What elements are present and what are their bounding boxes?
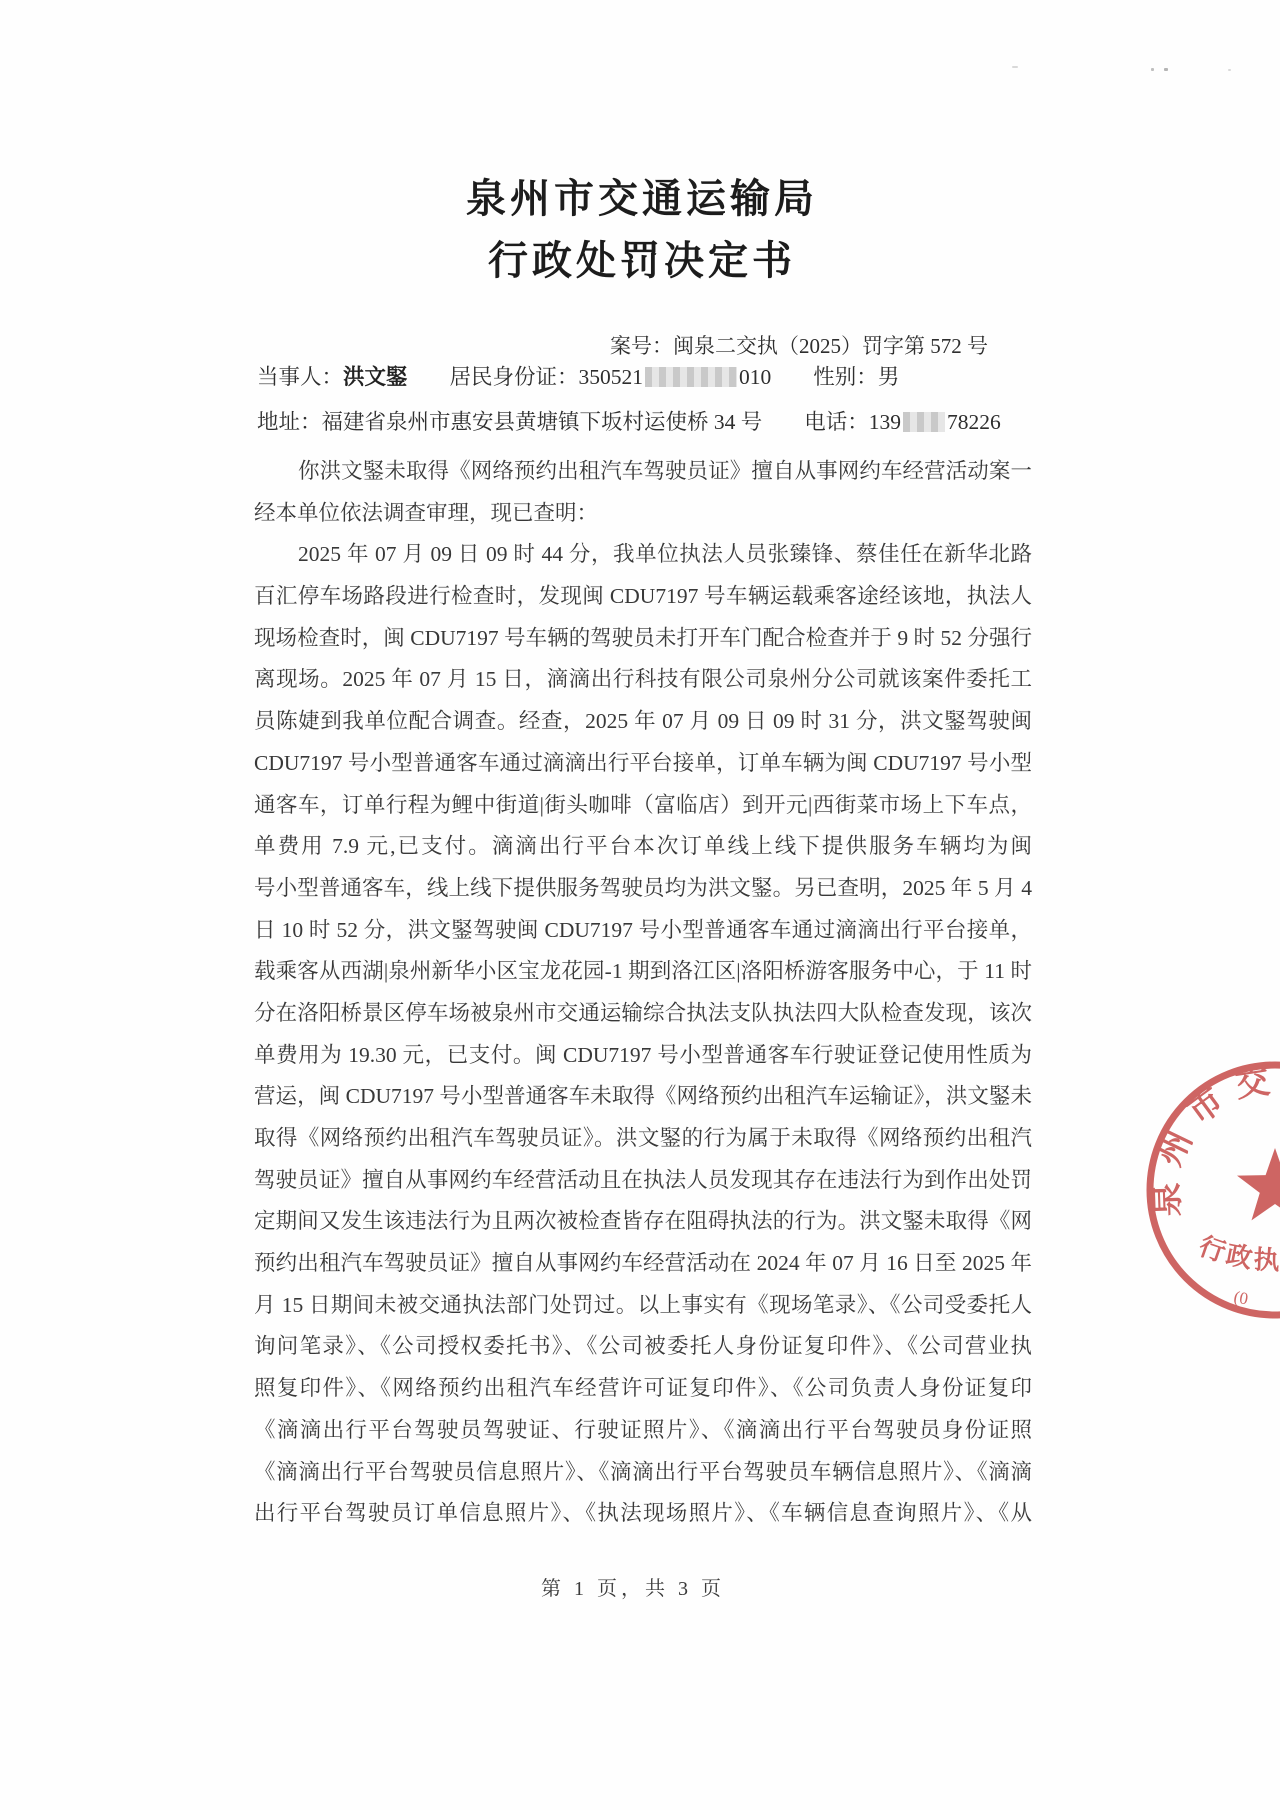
- body-line: 询问笔录》、《公司授权委托书》、《公司被委托人身份证复印件》、《公司营业执: [254, 1326, 1032, 1368]
- party-label: 当事人：: [257, 365, 343, 389]
- body-line: 营运，闽 CDU7197 号小型普通客车未取得《网络预约出租汽车运输证》，洪文鋻…: [254, 1076, 1032, 1118]
- seal-serial-text: (0: [1232, 1287, 1249, 1308]
- body-line: 预约出租汽车驾驶员证》擅自从事网约车经营活动在 2024 年 07 月 16 日…: [254, 1243, 1032, 1285]
- body-line: 百汇停车场路段进行检查时，发现闽 CDU7197 号车辆运载乘客途经该地，执法人…: [254, 576, 1032, 618]
- title-document-type: 行政处罚决定书: [253, 230, 1031, 292]
- body-line: 单费用为 19.30 元，已支付。闽 CDU7197 号小型普通客车行驶证登记使…: [254, 1035, 1032, 1077]
- scanner-artifact: [1012, 66, 1018, 68]
- body-line: 载乘客从西湖|泉州新华小区宝龙花园-1 期到洛江区|洛阳桥游客服务中心，于 11…: [254, 951, 1032, 993]
- id-label: 居民身份证：: [450, 365, 579, 389]
- address-value: 福建省泉州市惠安县黄塘镇下坂村运使桥 34 号: [322, 410, 763, 434]
- body-line: 号小型普通客车，线上线下提供服务驾驶员均为洪文鋻。另已查明，2025 年 5 月…: [254, 868, 1032, 910]
- gender-value: 男: [878, 365, 900, 389]
- body-line: 单费用 7.9 元,已支付。滴滴出行平台本次订单线上线下提供服务车辆均为闽 CD…: [254, 826, 1032, 868]
- phone-suffix: 78226: [947, 410, 1001, 434]
- address-info-line: 地址：福建省泉州市惠安县黄塘镇下坂村运使桥 34 号电话：13978226: [257, 405, 1037, 436]
- body-line: 取得《网络预约出租汽车驾驶员证》。洪文鋻的行为属于未取得《网络预约出租汽车: [254, 1118, 1032, 1160]
- gender-label: 性别：: [813, 365, 878, 389]
- body-line: 月 15 日期间未被交通执法部门处罚过。以上事实有《现场笔录》、《公司受委托人: [254, 1285, 1032, 1327]
- address-label: 地址：: [257, 410, 322, 434]
- body-line: 通客车，订单行程为鲤中街道|街头咖啡（富临店）到开元|西街菜市场上下车点，订: [254, 785, 1032, 827]
- body-line: 日 10 时 52 分，洪文鋻驾驶闽 CDU7197 号小型普通客车通过滴滴出行…: [254, 910, 1032, 952]
- seal-star-icon: [1237, 1148, 1280, 1220]
- phone-label: 电话：: [804, 410, 869, 434]
- phone-redaction: [903, 412, 945, 432]
- case-number: 案号：闽泉二交执（2025）罚字第 572 号: [253, 330, 988, 360]
- scanner-artifact: [1228, 69, 1231, 71]
- body-line: 定期间又发生该违法行为且两次被检查皆存在阻碍执法的行为。洪文鋻未取得《网络: [254, 1201, 1032, 1243]
- id-number-redaction: [645, 367, 737, 387]
- body-line: 2025 年 07 月 09 日 09 时 44 分，我单位执法人员张臻锋、蔡佳…: [254, 534, 1032, 576]
- body-line: 《滴滴出行平台驾驶员信息照片》、《滴滴出行平台驾驶员车辆信息照片》、《滴滴: [254, 1452, 1032, 1494]
- body-line: 经本单位依法调查审理，现已查明：: [254, 493, 1032, 535]
- page-number: 第 1 页，共 3 页: [253, 1572, 1013, 1601]
- body-line: 《滴滴出行平台驾驶员驾驶证、行驶证照片》、《滴滴出行平台驾驶员身份证照片》、: [254, 1410, 1032, 1452]
- id-number-suffix: 010: [739, 365, 771, 389]
- body-line: 你洪文鋻未取得《网络预约出租汽车驾驶员证》擅自从事网约车经营活动案一案，: [254, 451, 1032, 493]
- title-agency: 泉州市交通运输局: [253, 168, 1031, 230]
- body-line: CDU7197 号小型普通客车通过滴滴出行平台接单，订单车辆为闽 CDU7197…: [254, 743, 1032, 785]
- body-line: 员陈婕到我单位配合调查。经查，2025 年 07 月 09 日 09 时 31 …: [254, 701, 1032, 743]
- phone-prefix: 139: [869, 410, 901, 434]
- party-name: 洪文鋻: [343, 365, 408, 389]
- body-line: 驾驶员证》擅自从事网约车经营活动且在执法人员发现其存在违法行为到作出处罚决: [254, 1160, 1032, 1202]
- document-title: 泉州市交通运输局 行政处罚决定书: [253, 168, 1031, 292]
- party-info-line: 当事人：洪文鋻居民身份证：350521010性别：男: [257, 360, 1037, 391]
- body-line: 照复印件》、《网络预约出租汽车经营许可证复印件》、《公司负责人身份证复印件》、: [254, 1368, 1032, 1410]
- body-line: 离现场。2025 年 07 月 15 日，滴滴出行科技有限公司泉州分公司就该案件…: [254, 659, 1032, 701]
- scanner-artifact: [1151, 68, 1154, 71]
- body-line: 分在洛阳桥景区停车场被泉州市交通运输综合执法支队执法四大队检查发现，该次订: [254, 993, 1032, 1035]
- body-line: 现场检查时，闽 CDU7197 号车辆的驾驶员未打开车门配合检查并于 9 时 5…: [254, 618, 1032, 660]
- id-number-prefix: 350521: [579, 365, 644, 389]
- official-red-seal: 泉州市交通运输局 行政执法专用章 (0: [1125, 1040, 1280, 1340]
- document-body: 你洪文鋻未取得《网络预约出租汽车驾驶员证》擅自从事网约车经营活动案一案， 经本单…: [254, 451, 1032, 1535]
- scanned-document-page: 泉州市交通运输局 行政处罚决定书 案号：闽泉二交执（2025）罚字第 572 号…: [0, 0, 1280, 1810]
- body-line: 出行平台驾驶员订单信息照片》、《执法现场照片》、《车辆信息查询照片》、《从: [254, 1493, 1032, 1535]
- scanner-artifact: [1164, 68, 1168, 71]
